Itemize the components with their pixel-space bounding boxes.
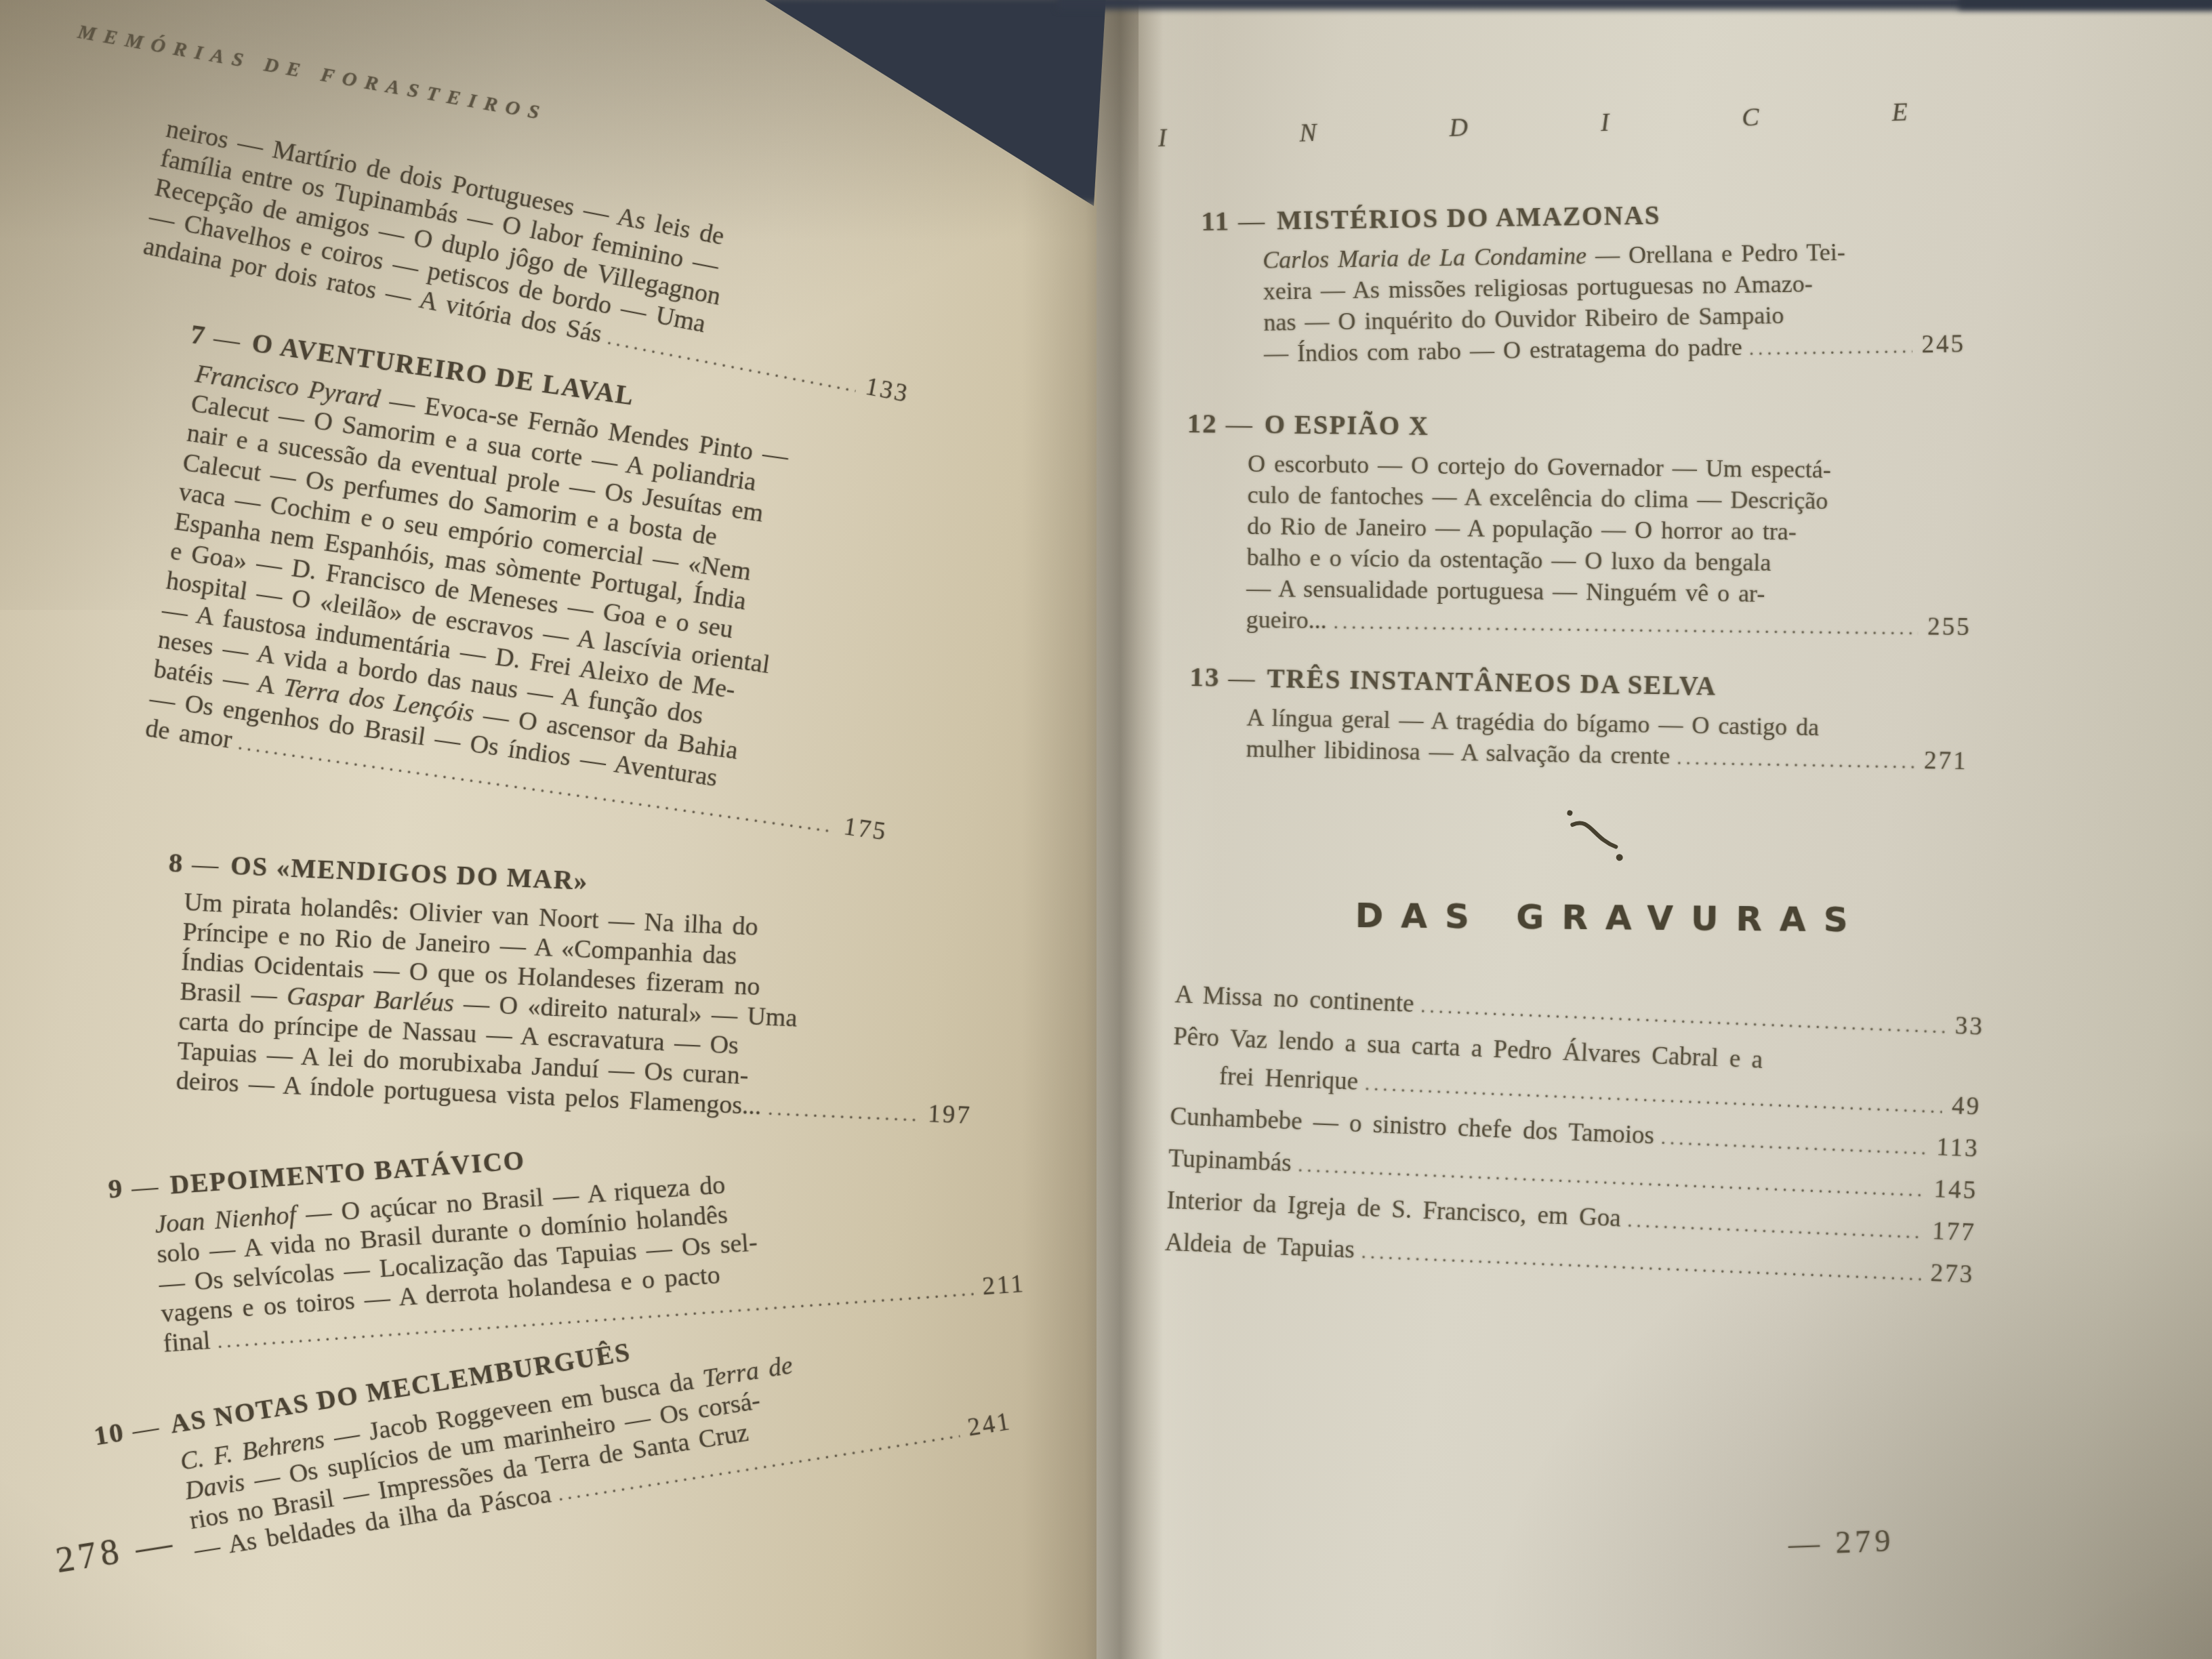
chapter-description: Carlos Maria de La Condamine — Orellana … xyxy=(1202,234,1965,339)
gravura-label: Tupinambás xyxy=(1168,1139,1292,1184)
dash: — xyxy=(130,1412,162,1446)
dash: — xyxy=(212,323,244,356)
gravuras-list: A Missa no continente ..................… xyxy=(1164,975,1985,1297)
description-line: mulher libidinosa — A salvação da crente xyxy=(1246,733,1671,771)
page-number: 177 xyxy=(1931,1211,1977,1254)
dash: — xyxy=(1228,663,1256,693)
page-number: 245 xyxy=(1921,329,1965,361)
gravuras-rows: A Missa no continente ..................… xyxy=(1164,975,1985,1297)
page-number: 273 xyxy=(1929,1253,1975,1296)
toc-entry-12: 12—O ESPIÃO X O escorbuto — O cortejo do… xyxy=(1185,407,1973,644)
dot-leader: ........................................… xyxy=(1677,743,1914,778)
chapter-number: 11 xyxy=(1201,205,1230,237)
toc-entry-11: 11—MISTÉRIOS DO AMAZONAS Carlos Maria de… xyxy=(1201,194,1965,372)
page-number: 49 xyxy=(1951,1086,1982,1128)
chapter-number: 9 xyxy=(107,1172,125,1204)
gravura-label: frei Henrique xyxy=(1218,1057,1359,1103)
chapter-description: Um pirata holandês: Olivier van Noort — … xyxy=(160,886,980,1101)
dash: — xyxy=(1238,207,1267,237)
description-line: — Índios com rabo — O estratagema do pad… xyxy=(1264,331,1742,369)
chapter-number: 12 xyxy=(1187,407,1218,438)
chapter-title: OS «MENDIGOS DO MAR» xyxy=(230,851,589,896)
page-number: 271 xyxy=(1924,745,1968,777)
running-head: MEMÓRIAS DE FORASTEIROS xyxy=(76,20,549,126)
page-number: 175 xyxy=(842,812,889,848)
description-line: final xyxy=(162,1326,211,1359)
page-number: 133 xyxy=(863,372,912,409)
chapter-heading: 11—MISTÉRIOS DO AMAZONAS xyxy=(1201,194,1964,237)
chapter-title: MISTÉRIOS DO AMAZONAS xyxy=(1277,201,1661,236)
toc-spread: MEMÓRIAS DE FORASTEIROS neiros — Martíri… xyxy=(0,0,2212,1659)
toc-entry-13: 13—TRÊS INSTANTÂNEOS DA SELVA A língua g… xyxy=(1188,660,1969,779)
dot-leader: ........................................… xyxy=(1749,331,1912,364)
right-folio: — 279 xyxy=(1788,1523,1895,1562)
chapter-number: 8 xyxy=(168,846,184,878)
dash: — xyxy=(131,1172,161,1203)
page-number: 145 xyxy=(1933,1169,1978,1212)
chapter-description: O escorbuto — O cortejo do Governador — … xyxy=(1185,447,1973,611)
index-title: INDICE xyxy=(1158,93,2041,153)
dot-leader: ........................................… xyxy=(1333,607,1918,644)
gravura-label: Aldeia de Tapuias xyxy=(1164,1223,1355,1271)
page-number: 255 xyxy=(1927,611,1971,643)
dash: — xyxy=(1226,410,1254,439)
page-number: 33 xyxy=(1954,1006,1985,1048)
chapter-heading: 12—O ESPIÃO X xyxy=(1187,407,1973,447)
chapter-title: TRÊS INSTANTÂNEOS DA SELVA xyxy=(1267,664,1717,701)
gravuras-heading: DAS GRAVURAS xyxy=(1355,896,1865,940)
dash: — xyxy=(191,850,220,880)
chapter-number: 10 xyxy=(91,1416,127,1451)
chapter-number: 7 xyxy=(188,318,208,351)
chapter-heading: 13—TRÊS INSTANTÂNEOS DA SELVA xyxy=(1189,660,1969,706)
flourish-icon xyxy=(1551,804,1641,870)
page-number: 113 xyxy=(1935,1127,1980,1169)
toc-entry-7: 7—O AVENTUREIRO DE LAVAL Francisco Pyrar… xyxy=(134,317,945,849)
toc-entry-8: 8—OS «MENDIGOS DO MAR» Um pirata holandê… xyxy=(159,846,982,1132)
chapter-number: 13 xyxy=(1189,661,1221,693)
description-line: gueiro... xyxy=(1246,604,1326,636)
page-number: 241 xyxy=(966,1407,1014,1443)
gravura-label: A Missa no continente xyxy=(1174,975,1415,1025)
chapter-title: O ESPIÃO X xyxy=(1265,410,1430,441)
